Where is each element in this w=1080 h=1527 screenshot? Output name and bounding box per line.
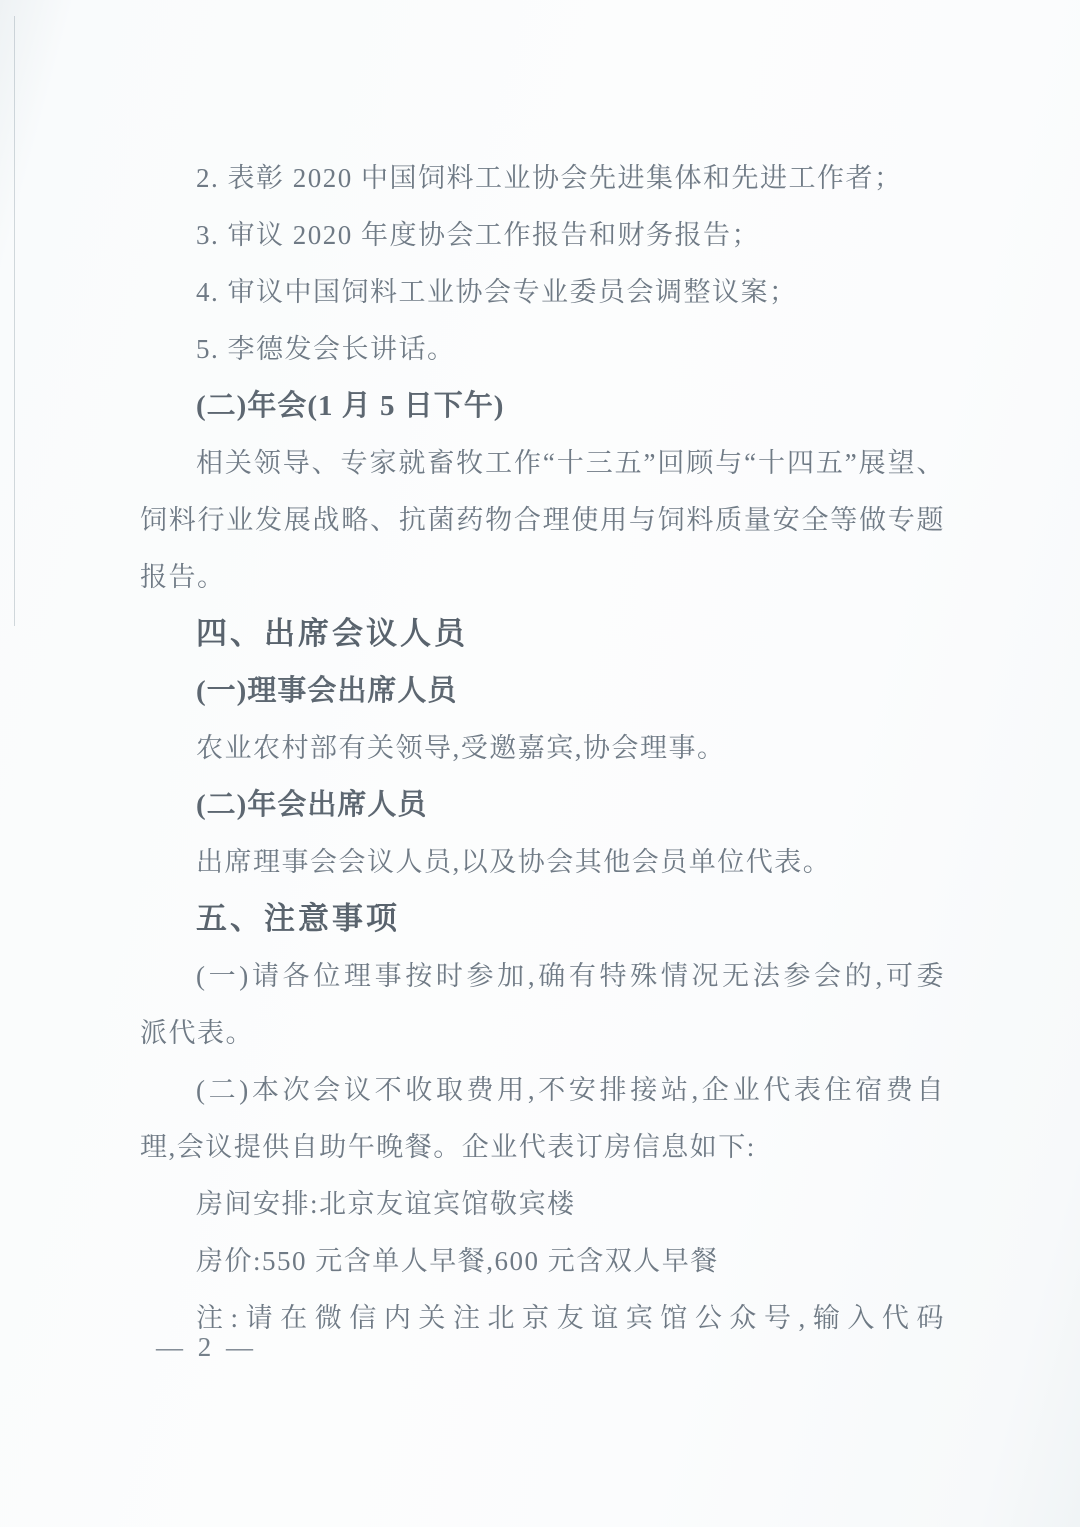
text-line: 3. 审议 2020 年度协会工作报告和财务报告； <box>140 207 945 264</box>
paragraph-body: 出席理事会会议人员,以及协会其他会员单位代表。 <box>140 834 945 891</box>
scanned-document-page: { "page": { "number_label": "— 2 —", "ba… <box>0 0 1080 1527</box>
text-line: 相关领导、专家就畜牧工作“十三五”回顾与“十四五”展望、 <box>140 435 945 492</box>
text-line: 2. 表彰 2020 中国饲料工业协会先进集体和先进工作者； <box>140 150 945 207</box>
text-line: 房间安排:北京友谊宾馆敬宾楼 <box>140 1176 945 1233</box>
text-line: 理,会议提供自助午晚餐。企业代表订房信息如下: <box>140 1119 945 1176</box>
paragraph-body: 注:请在微信内关注北京友谊宾馆公众号,输入代码 <box>140 1290 945 1347</box>
paragraph-heading2: (二)年会出席人员 <box>140 777 945 834</box>
paragraph-heading1: 五、注意事项 <box>140 891 945 948</box>
paragraph-list-item: 2. 表彰 2020 中国饲料工业协会先进集体和先进工作者； <box>140 150 945 207</box>
text-line: (二)年会(1 月 5 日下午) <box>140 378 945 435</box>
paragraph-body: 房间安排:北京友谊宾馆敬宾楼 <box>140 1176 945 1233</box>
paragraph-body: 相关领导、专家就畜牧工作“十三五”回顾与“十四五”展望、饲料行业发展战略、抗菌药… <box>140 435 945 606</box>
scan-artifact-line <box>14 16 15 626</box>
text-line: 派代表。 <box>140 1005 945 1062</box>
paragraph-list-item: 4. 审议中国饲料工业协会专业委员会调整议案； <box>140 264 945 321</box>
text-line: 房价:550 元含单人早餐,600 元含双人早餐 <box>140 1233 945 1290</box>
text-line: (一)请各位理事按时参加,确有特殊情况无法参会的,可委 <box>140 948 945 1005</box>
paragraph-body: (二)本次会议不收取费用,不安排接站,企业代表住宿费自理,会议提供自助午晚餐。企… <box>140 1062 945 1176</box>
text-line: 报告。 <box>140 549 945 606</box>
text-line: (二)本次会议不收取费用,不安排接站,企业代表住宿费自 <box>140 1062 945 1119</box>
document-body: 2. 表彰 2020 中国饲料工业协会先进集体和先进工作者；3. 审议 2020… <box>140 150 945 1347</box>
text-line: (一)理事会出席人员 <box>140 663 945 720</box>
page-number: — 2 — <box>156 1332 257 1363</box>
paragraph-body: 房价:550 元含单人早餐,600 元含双人早餐 <box>140 1233 945 1290</box>
text-line: 5. 李德发会长讲话。 <box>140 321 945 378</box>
paragraph-list-item: 5. 李德发会长讲话。 <box>140 321 945 378</box>
paragraph-list-item: 3. 审议 2020 年度协会工作报告和财务报告； <box>140 207 945 264</box>
text-line: 四、出席会议人员 <box>140 606 945 663</box>
text-line: 出席理事会会议人员,以及协会其他会员单位代表。 <box>140 834 945 891</box>
text-line: 五、注意事项 <box>140 891 945 948</box>
text-line: 4. 审议中国饲料工业协会专业委员会调整议案； <box>140 264 945 321</box>
paragraph-heading2: (一)理事会出席人员 <box>140 663 945 720</box>
paragraph-heading2: (二)年会(1 月 5 日下午) <box>140 378 945 435</box>
text-line: 农业农村部有关领导,受邀嘉宾,协会理事。 <box>140 720 945 777</box>
text-line: (二)年会出席人员 <box>140 777 945 834</box>
paragraph-body: 农业农村部有关领导,受邀嘉宾,协会理事。 <box>140 720 945 777</box>
paragraph-body: (一)请各位理事按时参加,确有特殊情况无法参会的,可委派代表。 <box>140 948 945 1062</box>
text-line: 饲料行业发展战略、抗菌药物合理使用与饲料质量安全等做专题 <box>140 492 945 549</box>
paragraph-heading1: 四、出席会议人员 <box>140 606 945 663</box>
text-line: 注:请在微信内关注北京友谊宾馆公众号,输入代码 <box>140 1290 945 1347</box>
